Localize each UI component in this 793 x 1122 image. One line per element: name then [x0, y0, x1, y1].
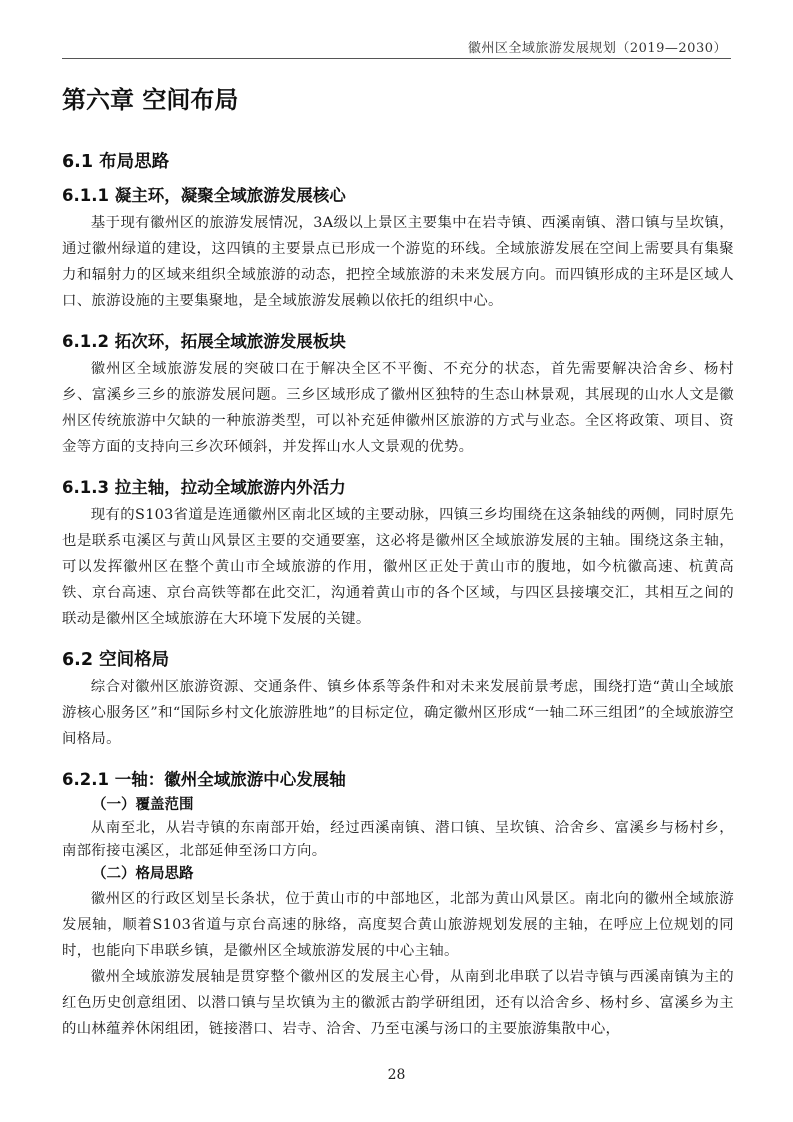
subsection-coverage-body: 从南至北，从岩寺镇的东南部开始，经过西溪南镇、潜口镇、呈坎镇、洽舍乡、富溪乡与杨…	[62, 817, 734, 863]
section-6-2-body: 综合对徽州区旅游资源、交通条件、镇乡体系等条件和对未来发展前景考虑，围绕打造“黄…	[62, 674, 734, 752]
document-title: 徽州区全域旅游发展规划（2019—2030）	[468, 37, 727, 56]
section-6-1-1-body: 基于现有徽州区的旅游发展情况，3A级以上景区主要集中在岩寺镇、西溪南镇、潜口镇与…	[62, 210, 734, 314]
chapter-title: 第六章 空间布局	[62, 80, 734, 120]
subsection-layout-body-2: 徽州全域旅游发展轴是贯穿整个徽州区的发展主心骨，从南到北串联了以岩寺镇与西溪南镇…	[62, 964, 734, 1042]
page-header: 徽州区全域旅游发展规划（2019—2030）	[62, 36, 731, 59]
section-6-1-2-title: 6.1.2 拓次环，拓展全域旅游发展板块	[62, 328, 734, 356]
section-6-1-3-title: 6.1.3 拉主轴，拉动全域旅游内外活力	[62, 474, 734, 502]
subsection-layout-body-1: 徽州区的行政区划呈长条状，位于黄山市的中部地区，北部为黄山风景区。南北向的徽州全…	[62, 886, 734, 964]
section-6-1-title: 6.1 布局思路	[62, 148, 734, 176]
page-number: 28	[0, 1067, 793, 1083]
section-6-1-2-body: 徽州区全域旅游发展的突破口在于解决全区不平衡、不充分的状态，首先需要解决洽舍乡、…	[62, 356, 734, 460]
subsection-layout-title: （二）格局思路	[62, 863, 734, 886]
section-6-2-title: 6.2 空间格局	[62, 646, 734, 674]
subsection-coverage-title: （一）覆盖范围	[62, 794, 734, 817]
section-6-2-1-title: 6.2.1 一轴：徽州全域旅游中心发展轴	[62, 766, 734, 794]
section-6-1-1-title: 6.1.1 凝主环，凝聚全域旅游发展核心	[62, 182, 734, 210]
page-content: 第六章 空间布局 6.1 布局思路 6.1.1 凝主环，凝聚全域旅游发展核心 基…	[62, 70, 734, 1042]
section-6-1-3-body: 现有的S103省道是连通徽州区南北区域的主要动脉，四镇三乡均围绕在这条轴线的两侧…	[62, 502, 734, 632]
